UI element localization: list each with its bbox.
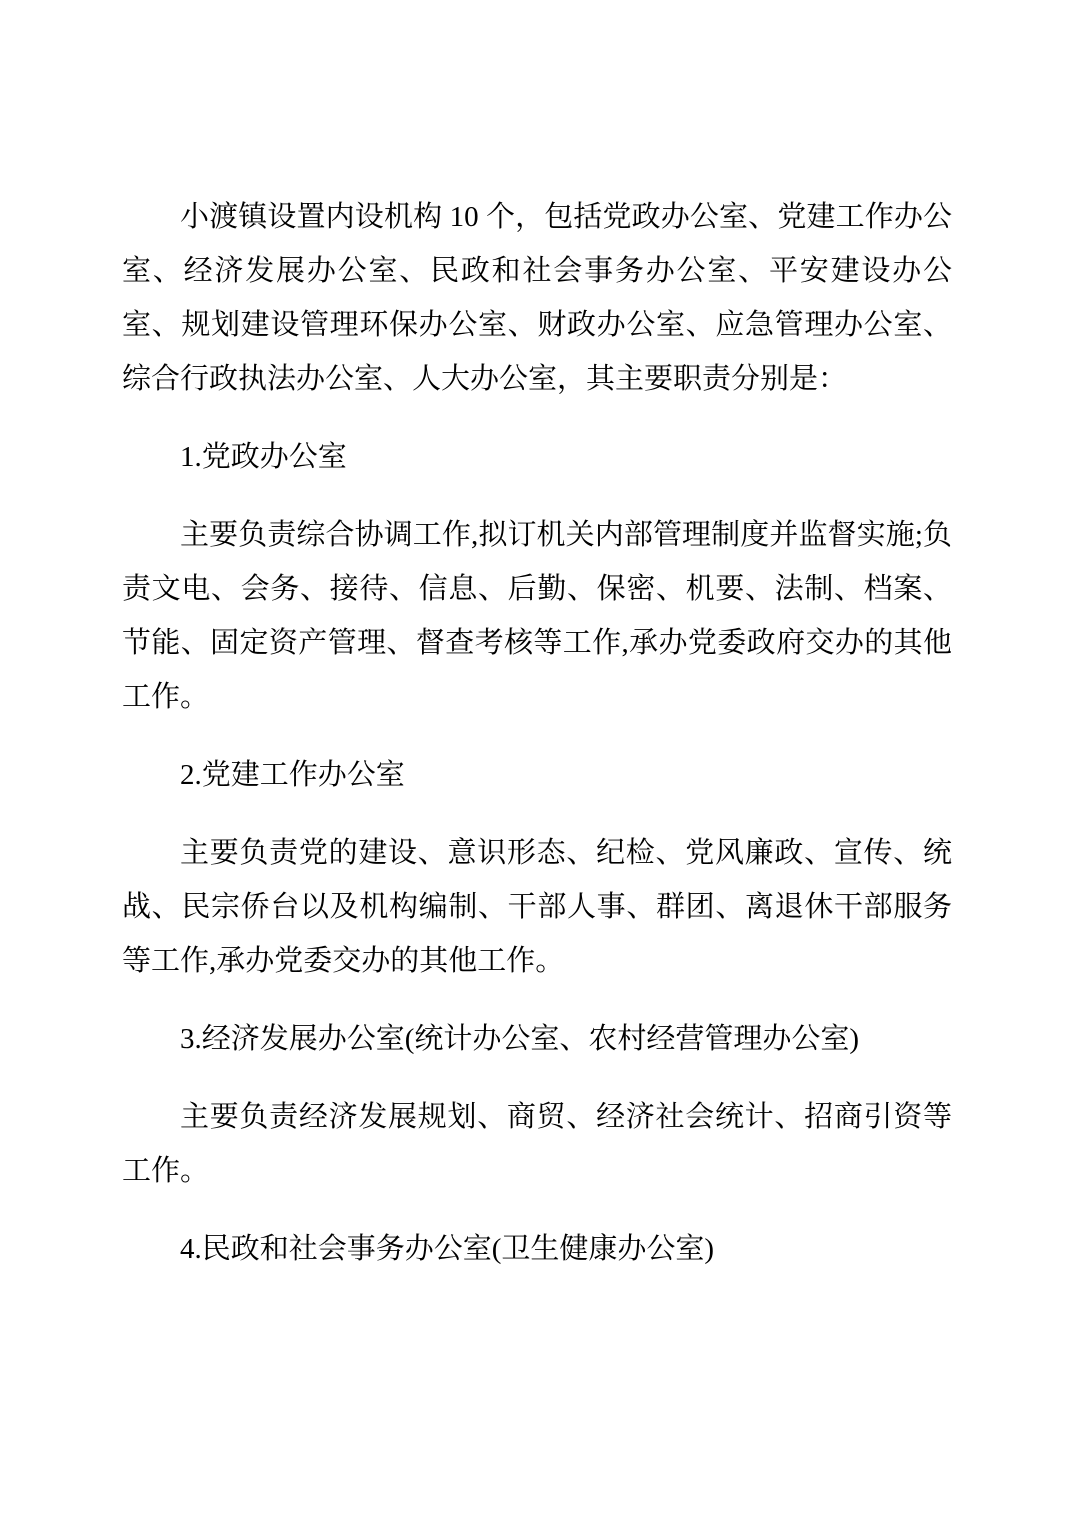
section-2-heading: 2.党建工作办公室 xyxy=(122,748,952,802)
section-1-heading: 1.党政办公室 xyxy=(122,430,952,484)
intro-paragraph: 小渡镇设置内设机构 10 个，包括党政办公室、党建工作办公室、经济发展办公室、民… xyxy=(122,190,952,406)
document-body: 小渡镇设置内设机构 10 个，包括党政办公室、党建工作办公室、经济发展办公室、民… xyxy=(122,190,952,1276)
section-3-body: 主要负责经济发展规划、商贸、经济社会统计、招商引资等工作。 xyxy=(122,1090,952,1198)
section-4-heading: 4.民政和社会事务办公室(卫生健康办公室) xyxy=(122,1222,952,1276)
document-page: 小渡镇设置内设机构 10 个，包括党政办公室、党建工作办公室、经济发展办公室、民… xyxy=(0,0,1075,1520)
section-3-heading: 3.经济发展办公室(统计办公室、农村经营管理办公室) xyxy=(122,1012,952,1066)
section-2-body: 主要负责党的建设、意识形态、纪检、党风廉政、宣传、统战、民宗侨台以及机构编制、干… xyxy=(122,826,952,988)
section-1-body: 主要负责综合协调工作,拟订机关内部管理制度并监督实施;负责文电、会务、接待、信息… xyxy=(122,508,952,724)
